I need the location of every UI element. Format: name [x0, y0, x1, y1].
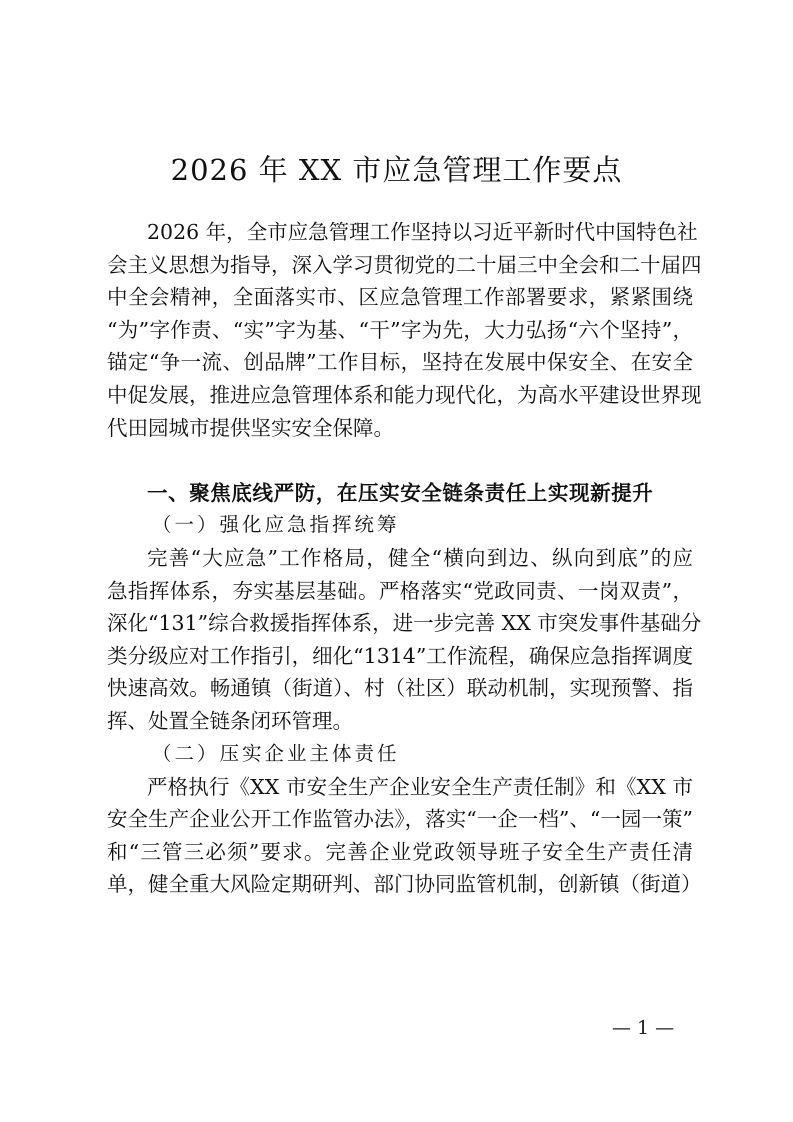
intro-line: 会主义思想为指导，深入学习贯彻党的二十届三中全会和二十届四 — [107, 249, 693, 281]
paragraph-line: 类分级应对工作指引，细化“1314”工作流程，确保应急指挥调度 — [107, 640, 693, 672]
section-heading: 一、聚焦底线严防，在压实安全链条责任上实现新提升 — [147, 477, 653, 509]
subsection-heading: （一）强化应急指挥统筹 — [152, 509, 400, 541]
intro-line: 锚定“争一流、创品牌”工作目标，坚持在发展中保安全、在安全 — [107, 346, 693, 378]
intro-line: 中全会精神，全面落实市、区应急管理工作部署要求，紧紧围绕 — [107, 281, 693, 313]
paragraph-line: 快速高效。畅通镇（街道）、村（社区）联动机制，实现预警、指 — [107, 672, 693, 704]
paragraph-line: 安全生产企业公开工作监管办法》，落实“一企一档”、“一园一策” — [107, 803, 693, 835]
paragraph-line: 和“三管三必须”要求。完善企业党政领导班子安全生产责任清 — [107, 836, 693, 868]
intro-line: 2026 年，全市应急管理工作坚持以习近平新时代中国特色社 — [147, 216, 693, 248]
paragraph-line: 挥、处置全链条闭环管理。 — [107, 705, 693, 737]
page-number: — 1 — — [612, 1016, 674, 1040]
intro-line: 代田园城市提供坚实安全保障。 — [107, 412, 693, 444]
paragraph-line: 深化“131”综合救援指挥体系，进一步完善 XX 市突发事件基础分 — [107, 607, 693, 639]
intro-line: 中促发展，推进应急管理体系和能力现代化，为高水平建设世界现 — [107, 379, 693, 411]
paragraph-line: 严格执行《XX 市安全生产企业安全生产责任制》和《XX 市 — [147, 771, 693, 803]
document-title: 2026 年 XX 市应急管理工作要点 — [0, 150, 793, 190]
intro-line: “为”字作责、“实”字为基、“干”字为先，大力弘扬“六个坚持”， — [107, 314, 693, 346]
paragraph-line: 完善“大应急”工作格局，健全“横向到边、纵向到底”的应 — [147, 542, 693, 574]
document-page: 2026 年 XX 市应急管理工作要点 2026 年，全市应急管理工作坚持以习近… — [0, 0, 793, 1122]
subsection-heading: （二）压实企业主体责任 — [152, 738, 400, 770]
paragraph-line: 急指挥体系，夯实基层基础。严格落实“党政同责、一岗双责”， — [107, 575, 693, 607]
paragraph-line: 单，健全重大风险定期研判、部门协同监管机制，创新镇（街道） — [107, 868, 693, 900]
